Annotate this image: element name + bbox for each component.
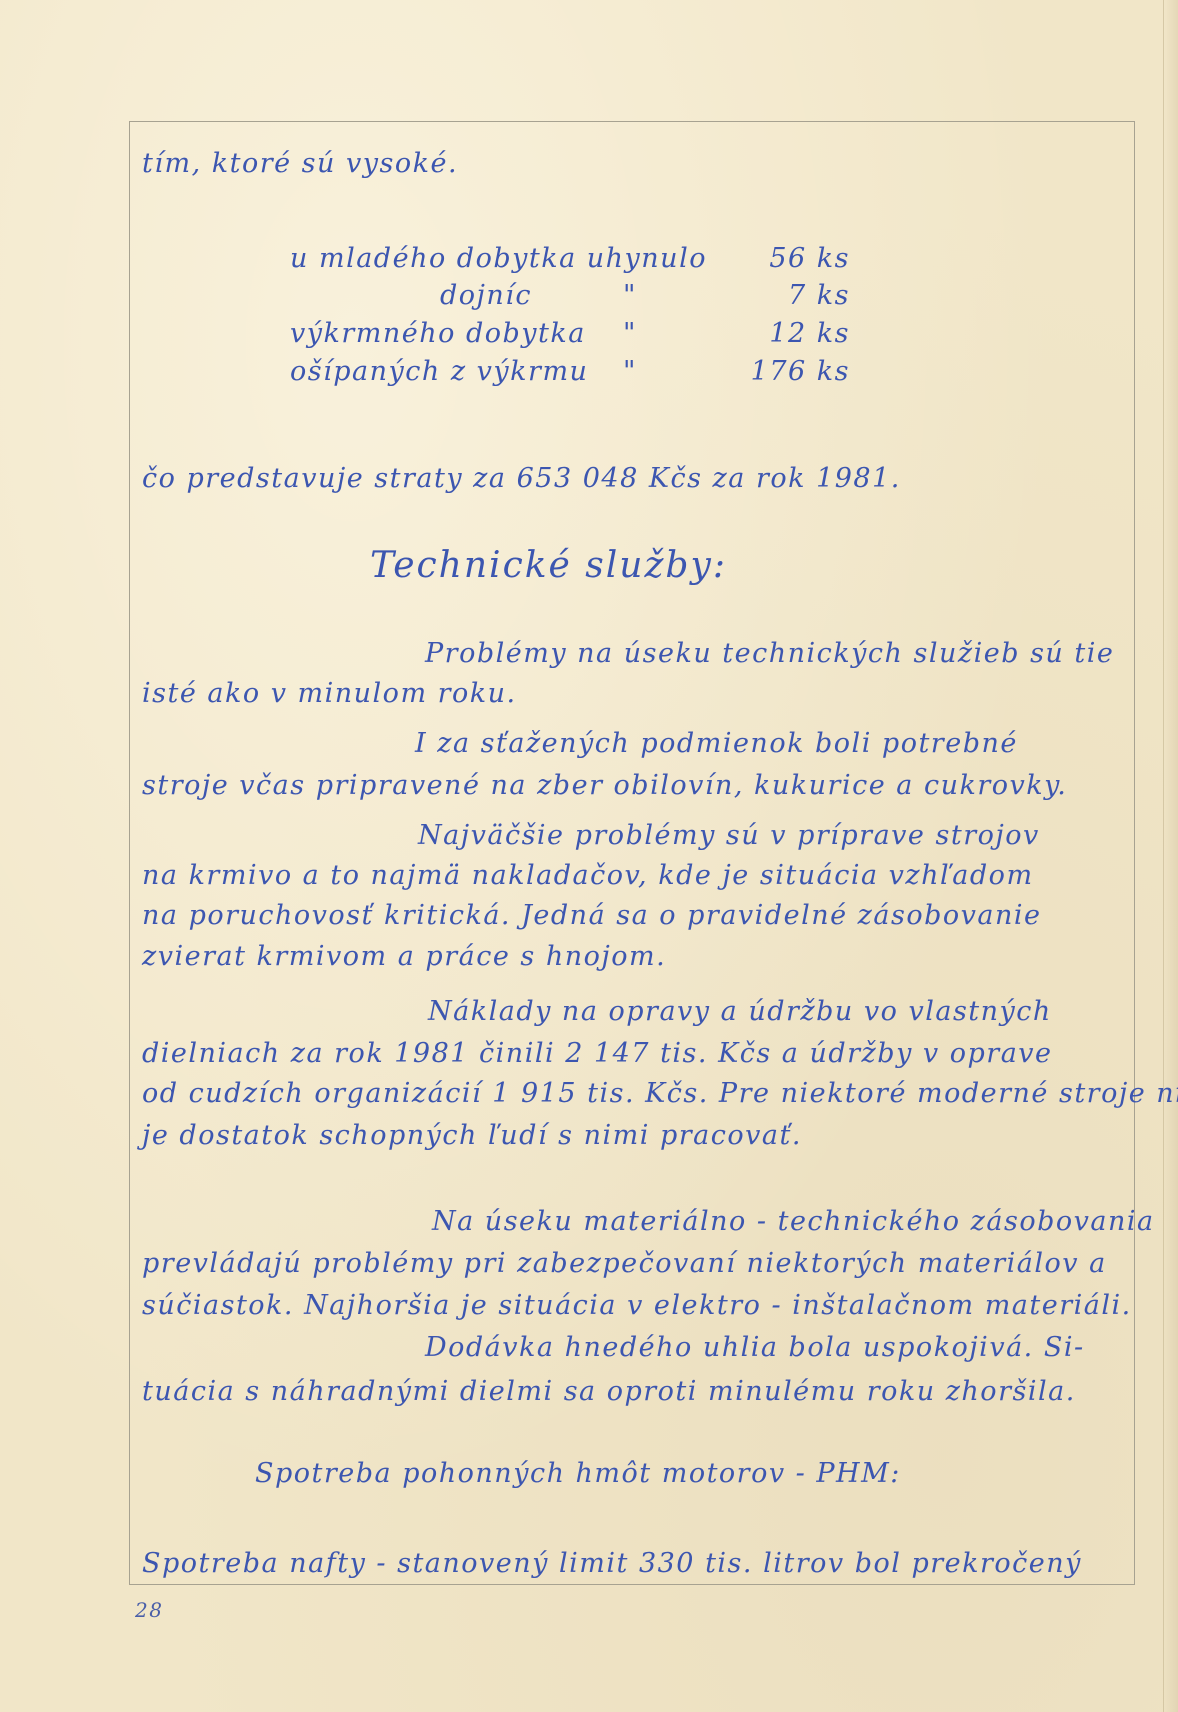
losses-value: 56 ks xyxy=(740,245,850,272)
text-line: isté ako v minulom roku. xyxy=(142,680,517,707)
text-line: I za sťažených podmienok boli potrebné xyxy=(415,730,1018,757)
losses-label: výkrmného dobytka xyxy=(290,320,586,347)
text-line: prevládajú problémy pri zabezpečovaní ni… xyxy=(142,1250,1107,1277)
losses-label: ošípaných z výkrmu xyxy=(290,358,588,385)
losses-summary: čo predstavuje straty za 653 048 Kčs za … xyxy=(142,465,901,492)
losses-ditto-mark: " xyxy=(623,282,637,309)
text-line: Náklady na opravy a údržbu vo vlastných xyxy=(428,998,1052,1025)
text-line: dielniach za rok 1981 činili 2 147 tis. … xyxy=(142,1040,1053,1067)
text-line: je dostatok schopných ľudí s nimi pracov… xyxy=(142,1122,802,1149)
section-heading-technical-services: Technické služby: xyxy=(370,548,727,584)
losses-value: 176 ks xyxy=(740,358,850,385)
section-heading-fuel-consumption: Spotreba pohonných hmôt motorov - PHM: xyxy=(255,1460,901,1487)
losses-label: u mladého dobytka uhynulo xyxy=(290,245,707,272)
text-line: Dodávka hnedého uhlia bola uspokojivá. S… xyxy=(425,1334,1085,1361)
text-line: Na úseku materiálno - technického zásobo… xyxy=(432,1208,1155,1235)
text-line: na poruchovosť kritická. Jedná sa o prav… xyxy=(142,902,1041,929)
losses-value: 7 ks xyxy=(740,282,850,309)
losses-ditto-mark: " xyxy=(623,320,637,347)
intro-line: tím, ktoré sú vysoké. xyxy=(142,150,458,177)
text-line: Najväčšie problémy sú v príprave strojov xyxy=(418,822,1040,849)
page-number: 28 xyxy=(135,1600,163,1620)
text-line: od cudzích organizácií 1 915 tis. Kčs. P… xyxy=(142,1080,1178,1107)
text-line: Spotreba nafty - stanovený limit 330 tis… xyxy=(142,1550,1082,1577)
page-edge xyxy=(1163,0,1178,1712)
text-line: zvierat krmivom a práce s hnojom. xyxy=(142,943,666,970)
text-line: Problémy na úseku technických služieb sú… xyxy=(425,640,1114,667)
text-line: súčiastok. Najhoršia je situácia v elekt… xyxy=(142,1292,1132,1319)
text-line: na krmivo a to najmä nakladačov, kde je … xyxy=(142,862,1034,889)
text-line: tuácia s náhradnými dielmi sa oproti min… xyxy=(142,1378,1076,1405)
losses-value: 12 ks xyxy=(740,320,850,347)
text-line: stroje včas pripravené na zber obilovín,… xyxy=(142,772,1067,799)
losses-label: dojníc xyxy=(440,282,532,309)
losses-ditto-mark: " xyxy=(623,358,637,385)
